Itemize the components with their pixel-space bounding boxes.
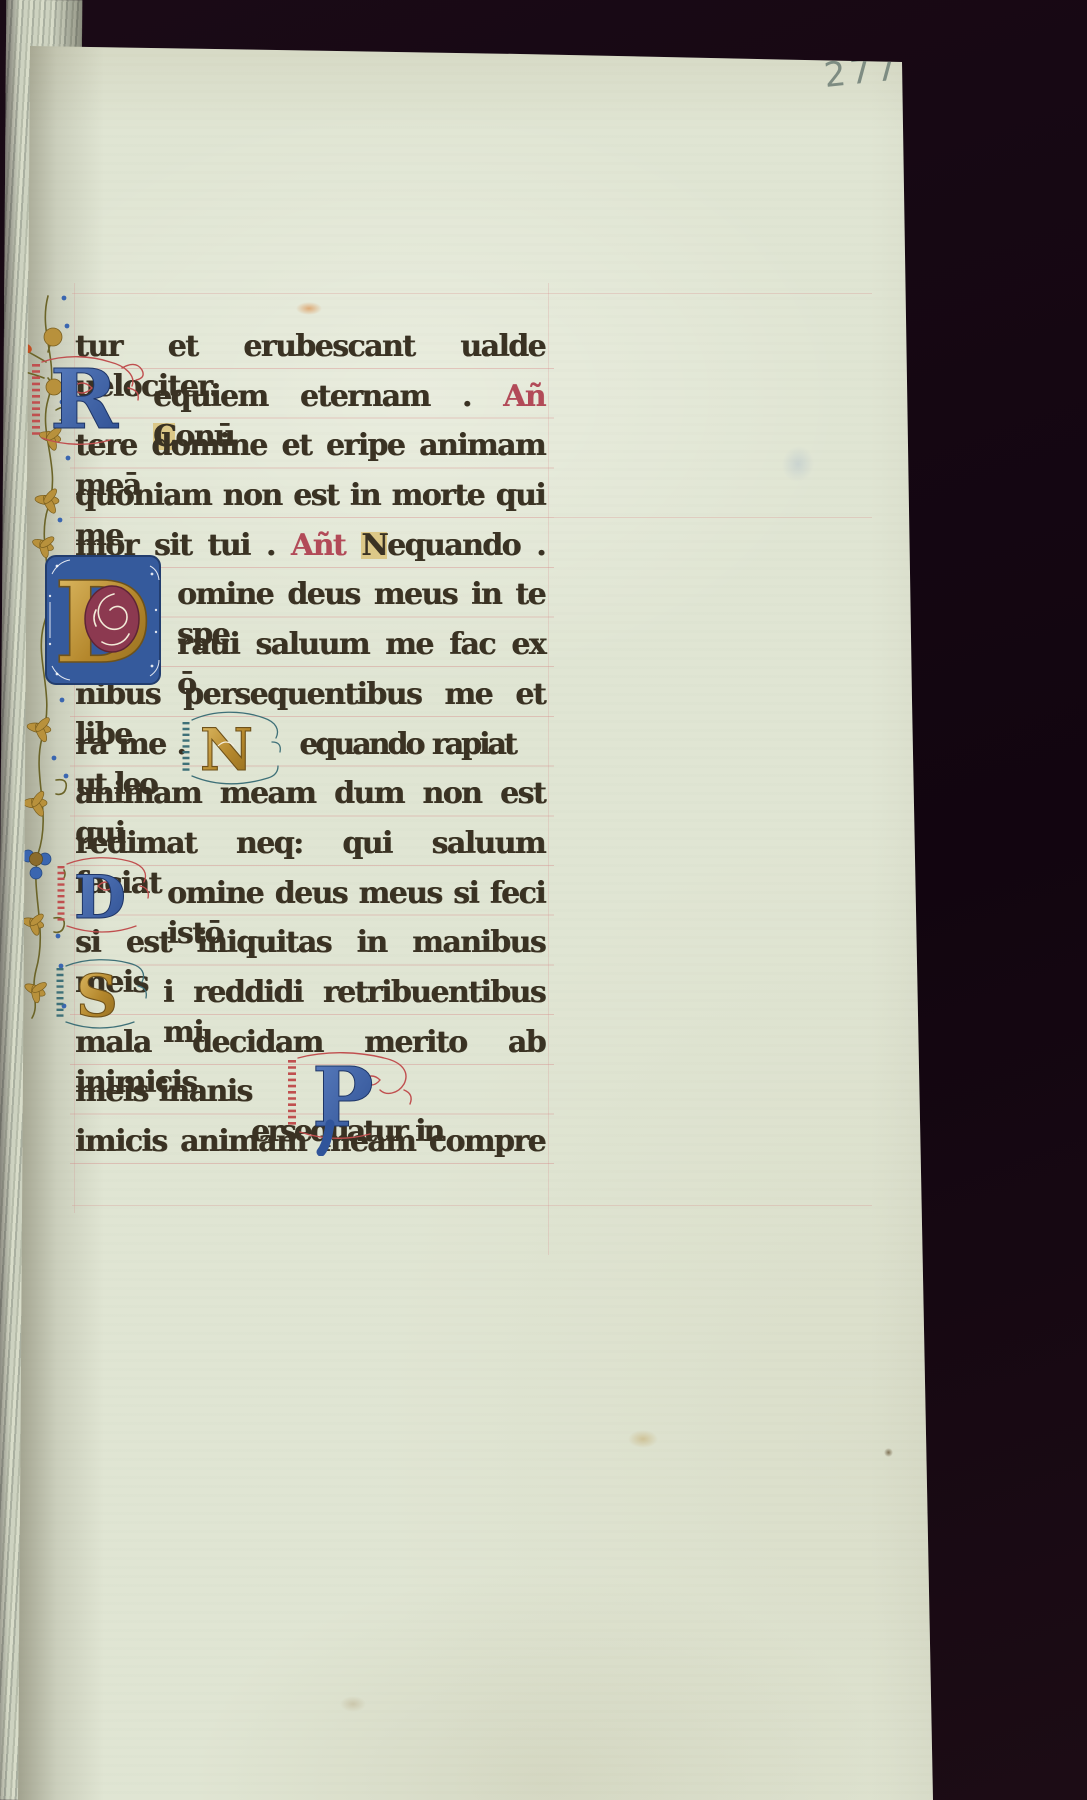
penwork-initial-R: R (26, 352, 150, 448)
penwork-initial-N: N (180, 708, 284, 788)
ruling-line (72, 1205, 872, 1206)
illuminated-initial-D: D (44, 552, 166, 688)
text-line: ra me .equando rapiat ut leo (75, 725, 545, 769)
ruling-line (72, 293, 872, 294)
stain (628, 1430, 658, 1448)
initial-letter: S (76, 962, 118, 1030)
manuscript-photo: 277 (0, 0, 1087, 1800)
blue-gold-flower-cluster (22, 850, 51, 879)
initial-letter: R (50, 352, 119, 448)
rubric-text: Añ (503, 379, 545, 414)
text-line: animam meam dum non est qui (75, 774, 545, 818)
versal-letter: N (361, 528, 387, 563)
folio-number: 277 (822, 48, 903, 96)
text-line: quoniam non est in morte qui me (75, 476, 545, 520)
stain (340, 1696, 366, 1712)
initial-letter: N (200, 716, 253, 784)
initial-letter: P (312, 1050, 374, 1146)
line-text: meis inanis (75, 1074, 252, 1109)
stain (296, 302, 322, 315)
penwork-initial-P: P (284, 1050, 426, 1156)
manuscript-page: 277 (0, 0, 1087, 1800)
ruling-line (554, 517, 872, 518)
ruling-line-vertical (548, 283, 549, 1255)
penwork-initial-D: D (54, 854, 154, 938)
stain (884, 1448, 893, 1457)
rubric-text: Añt (291, 528, 345, 563)
penwork-initial-S: S (54, 956, 150, 1034)
initial-letter: D (74, 863, 126, 933)
line-text: equiem eternam . (153, 379, 471, 414)
line-text: equando . (387, 528, 545, 563)
line-text: ra me . (75, 727, 185, 762)
